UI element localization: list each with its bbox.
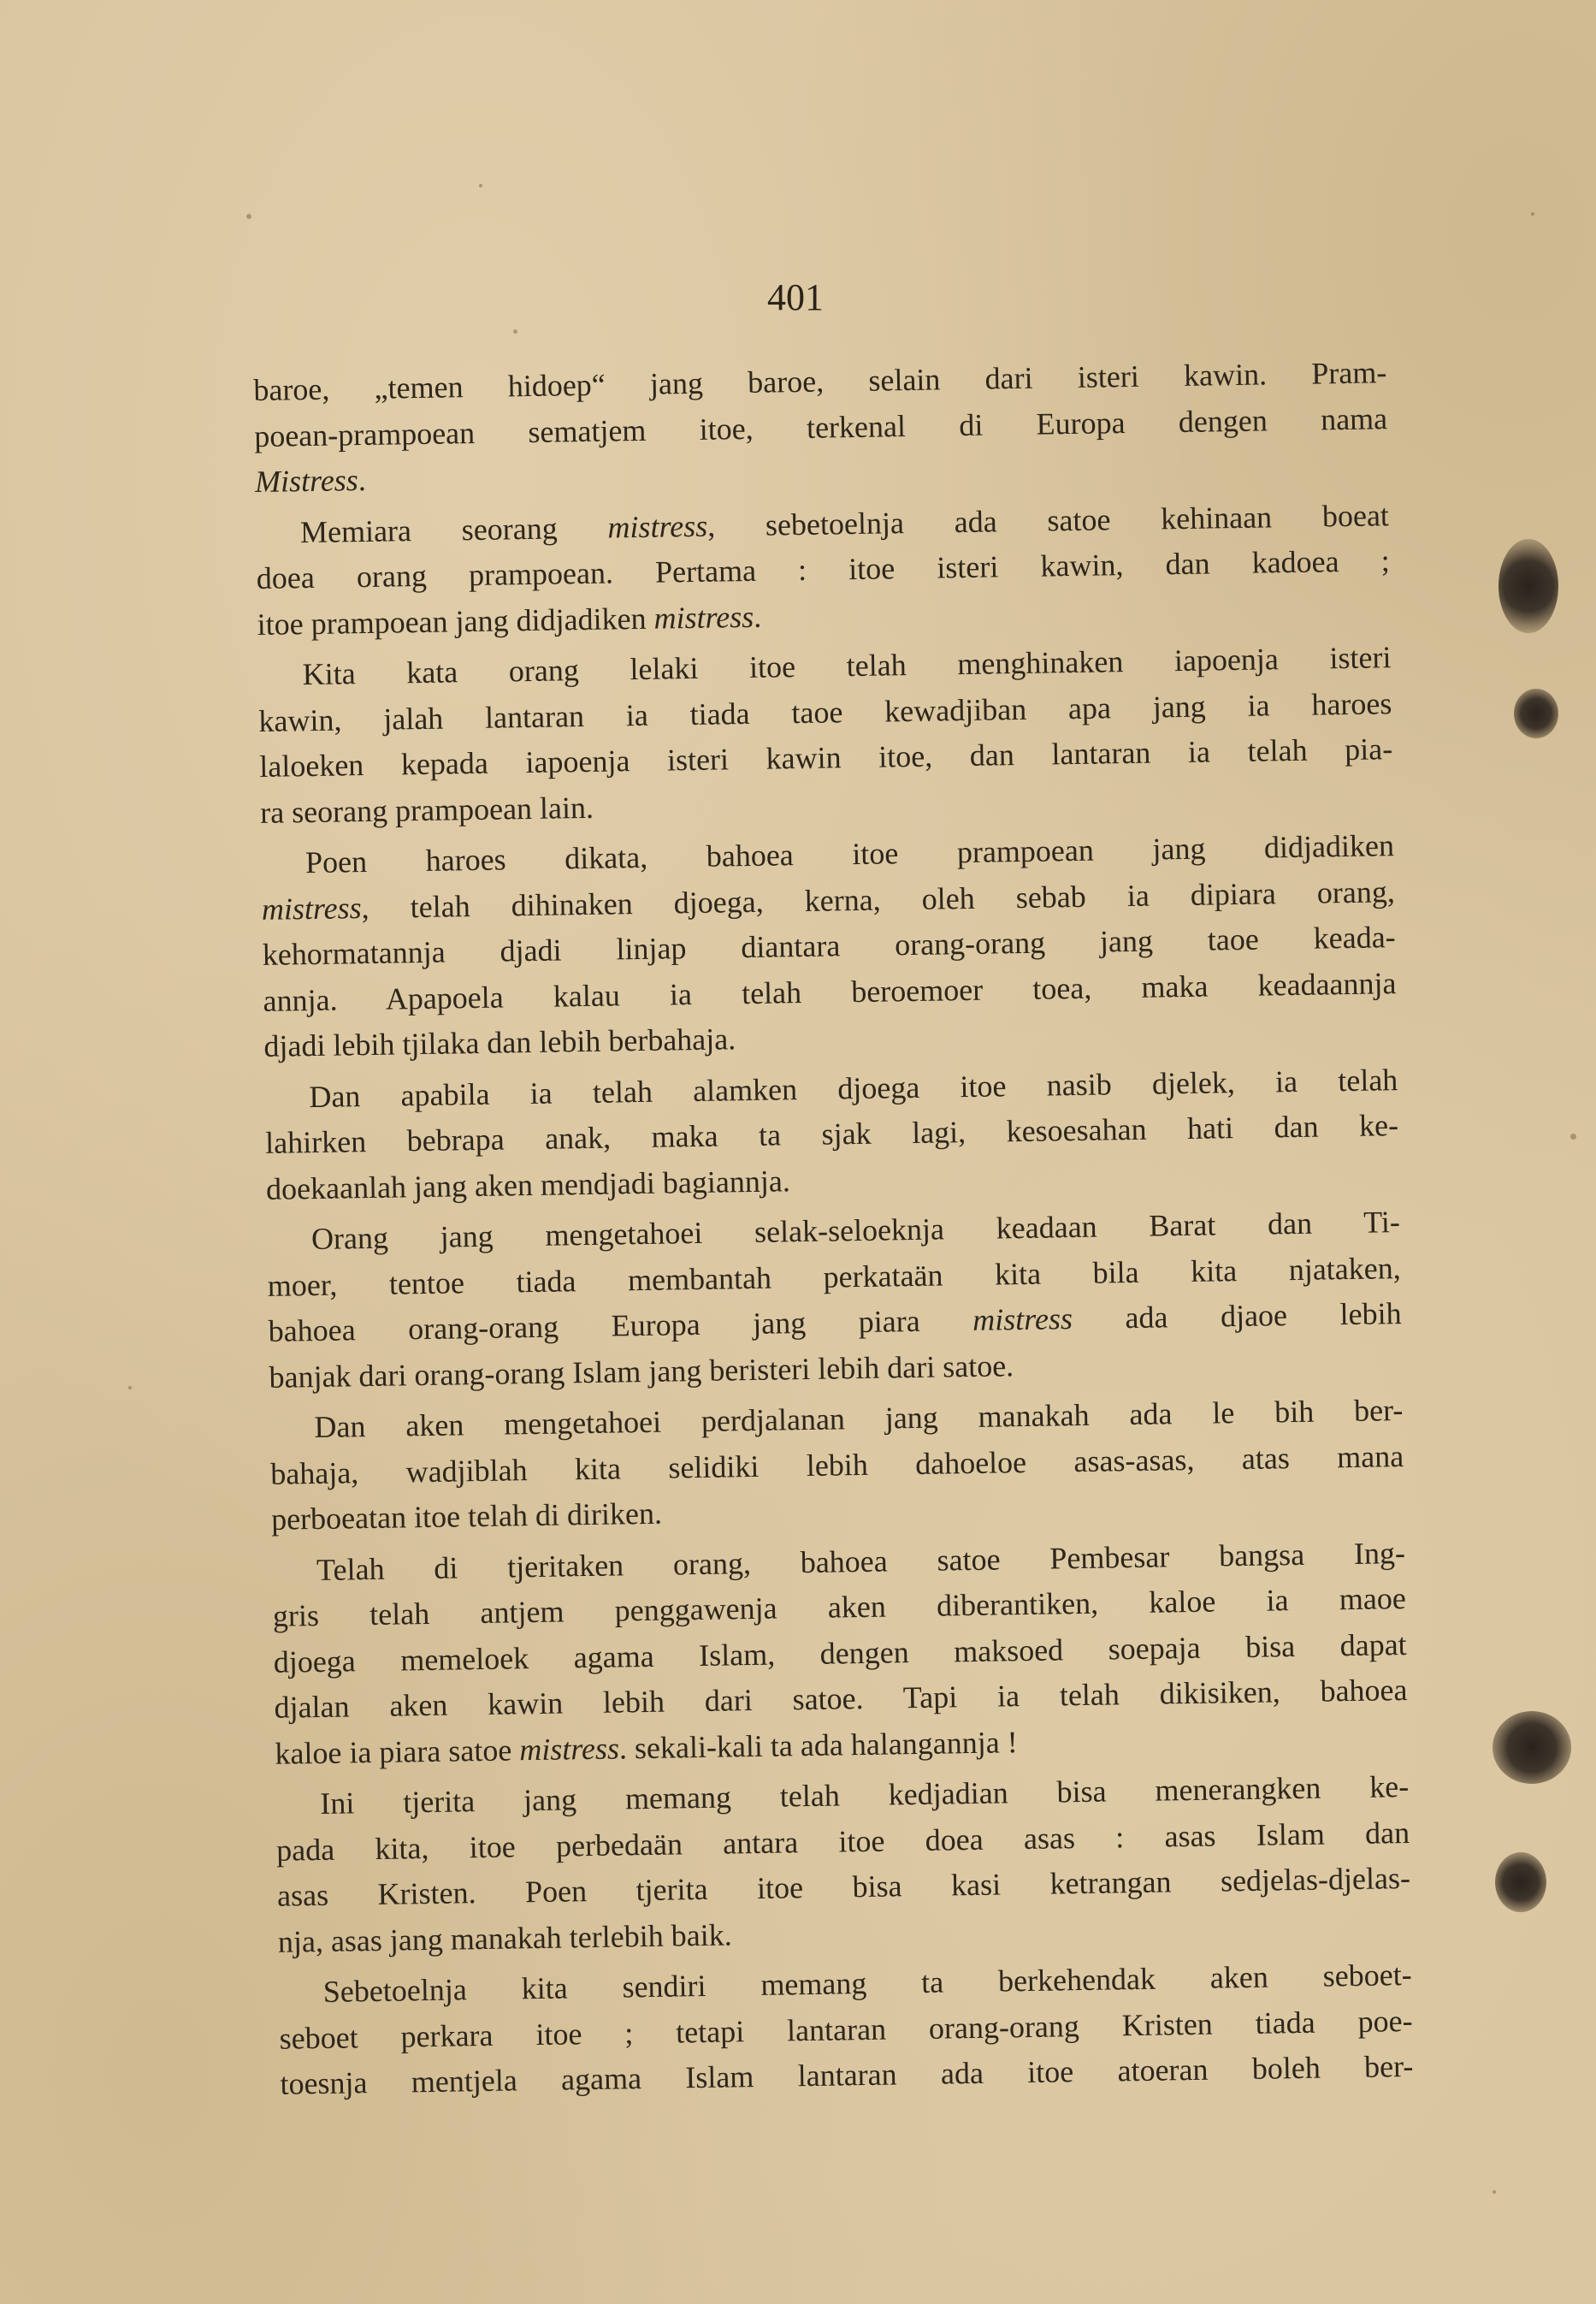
binding-hole: [1514, 689, 1558, 738]
text-segment: . sekali-kali ta ada halangannja !: [619, 1725, 1018, 1765]
paper-speck: [1493, 2190, 1496, 2194]
binding-hole: [1498, 539, 1558, 633]
body-text: baroe, „temen hidoep“ jang baroe, selain…: [253, 350, 1414, 2112]
paragraph: Orang jang mengetahoei selak-seloeknja k…: [267, 1199, 1403, 1401]
paragraph: Poen haroes dikata, bahoea itoe prampoea…: [261, 823, 1398, 1069]
paper-speck: [128, 1386, 132, 1389]
text-segment: nja, asas jang manakah terlebih baik.: [278, 1917, 732, 1958]
paragraph: Telah di tjeritaken orang, bahoea satoe …: [272, 1531, 1409, 1777]
italic-term: mistress: [653, 599, 754, 635]
italic-term: mistress: [607, 508, 707, 544]
paragraph: Kita kata orang lelaki itoe telah menghi…: [257, 635, 1393, 836]
binding-hole: [1493, 1711, 1571, 1784]
text-segment: Memiara seorang: [300, 510, 608, 549]
text-segment: .: [358, 463, 366, 497]
paragraph: Dan aken mengetahoei perdjalanan jang ma…: [269, 1388, 1404, 1543]
text-segment: doekaanlah jang aken mendjadi bagiannja.: [266, 1164, 790, 1206]
paragraph: Dan apabila ia telah alamken djoega itoe…: [264, 1057, 1399, 1212]
paragraph: Ini tjerita jang memang telah kedjadian …: [275, 1764, 1411, 1965]
text-segment: , sebetoelnja ada satoe kehinaan boeat: [707, 498, 1389, 543]
text-segment: itoe prampoean jang didjadiken: [257, 601, 653, 641]
text-segment: perboeatan itoe telah di diriken.: [271, 1496, 662, 1537]
text-segment: bahoea orang-orang Europa jang piara: [268, 1303, 972, 1348]
italic-term: mistress: [519, 1731, 619, 1767]
page-number: 401: [767, 275, 824, 319]
text-segment: ada djaoe lebih: [1073, 1296, 1402, 1336]
paper-speck: [1531, 212, 1534, 216]
binding-hole: [1495, 1852, 1546, 1912]
text-segment: banjak dari orang-orang Islam jang beris…: [269, 1348, 1014, 1395]
italic-term: mistress: [972, 1301, 1073, 1337]
italic-term: Mistress: [255, 463, 358, 499]
paragraph: Memiara seorang mistress, sebetoelnja ad…: [256, 493, 1391, 648]
paper-speck: [513, 329, 517, 334]
italic-term: mistress: [262, 891, 362, 927]
text-segment: ra seorang prampoean lain.: [260, 790, 594, 829]
paragraph: baroe, „temen hidoep“ jang baroe, selain…: [253, 350, 1388, 505]
paper-speck: [479, 184, 482, 187]
paper-speck: [246, 214, 251, 219]
paper-speck: [1570, 1134, 1576, 1140]
text-segment: .: [754, 599, 762, 633]
text-segment: kaloe ia piara satoe: [275, 1732, 519, 1770]
paragraph: Sebetoelnja kita sendiri memang ta berke…: [278, 1952, 1413, 2107]
text-segment: djadi lebih tjilaka dan lebih berbahaja.: [263, 1022, 736, 1063]
